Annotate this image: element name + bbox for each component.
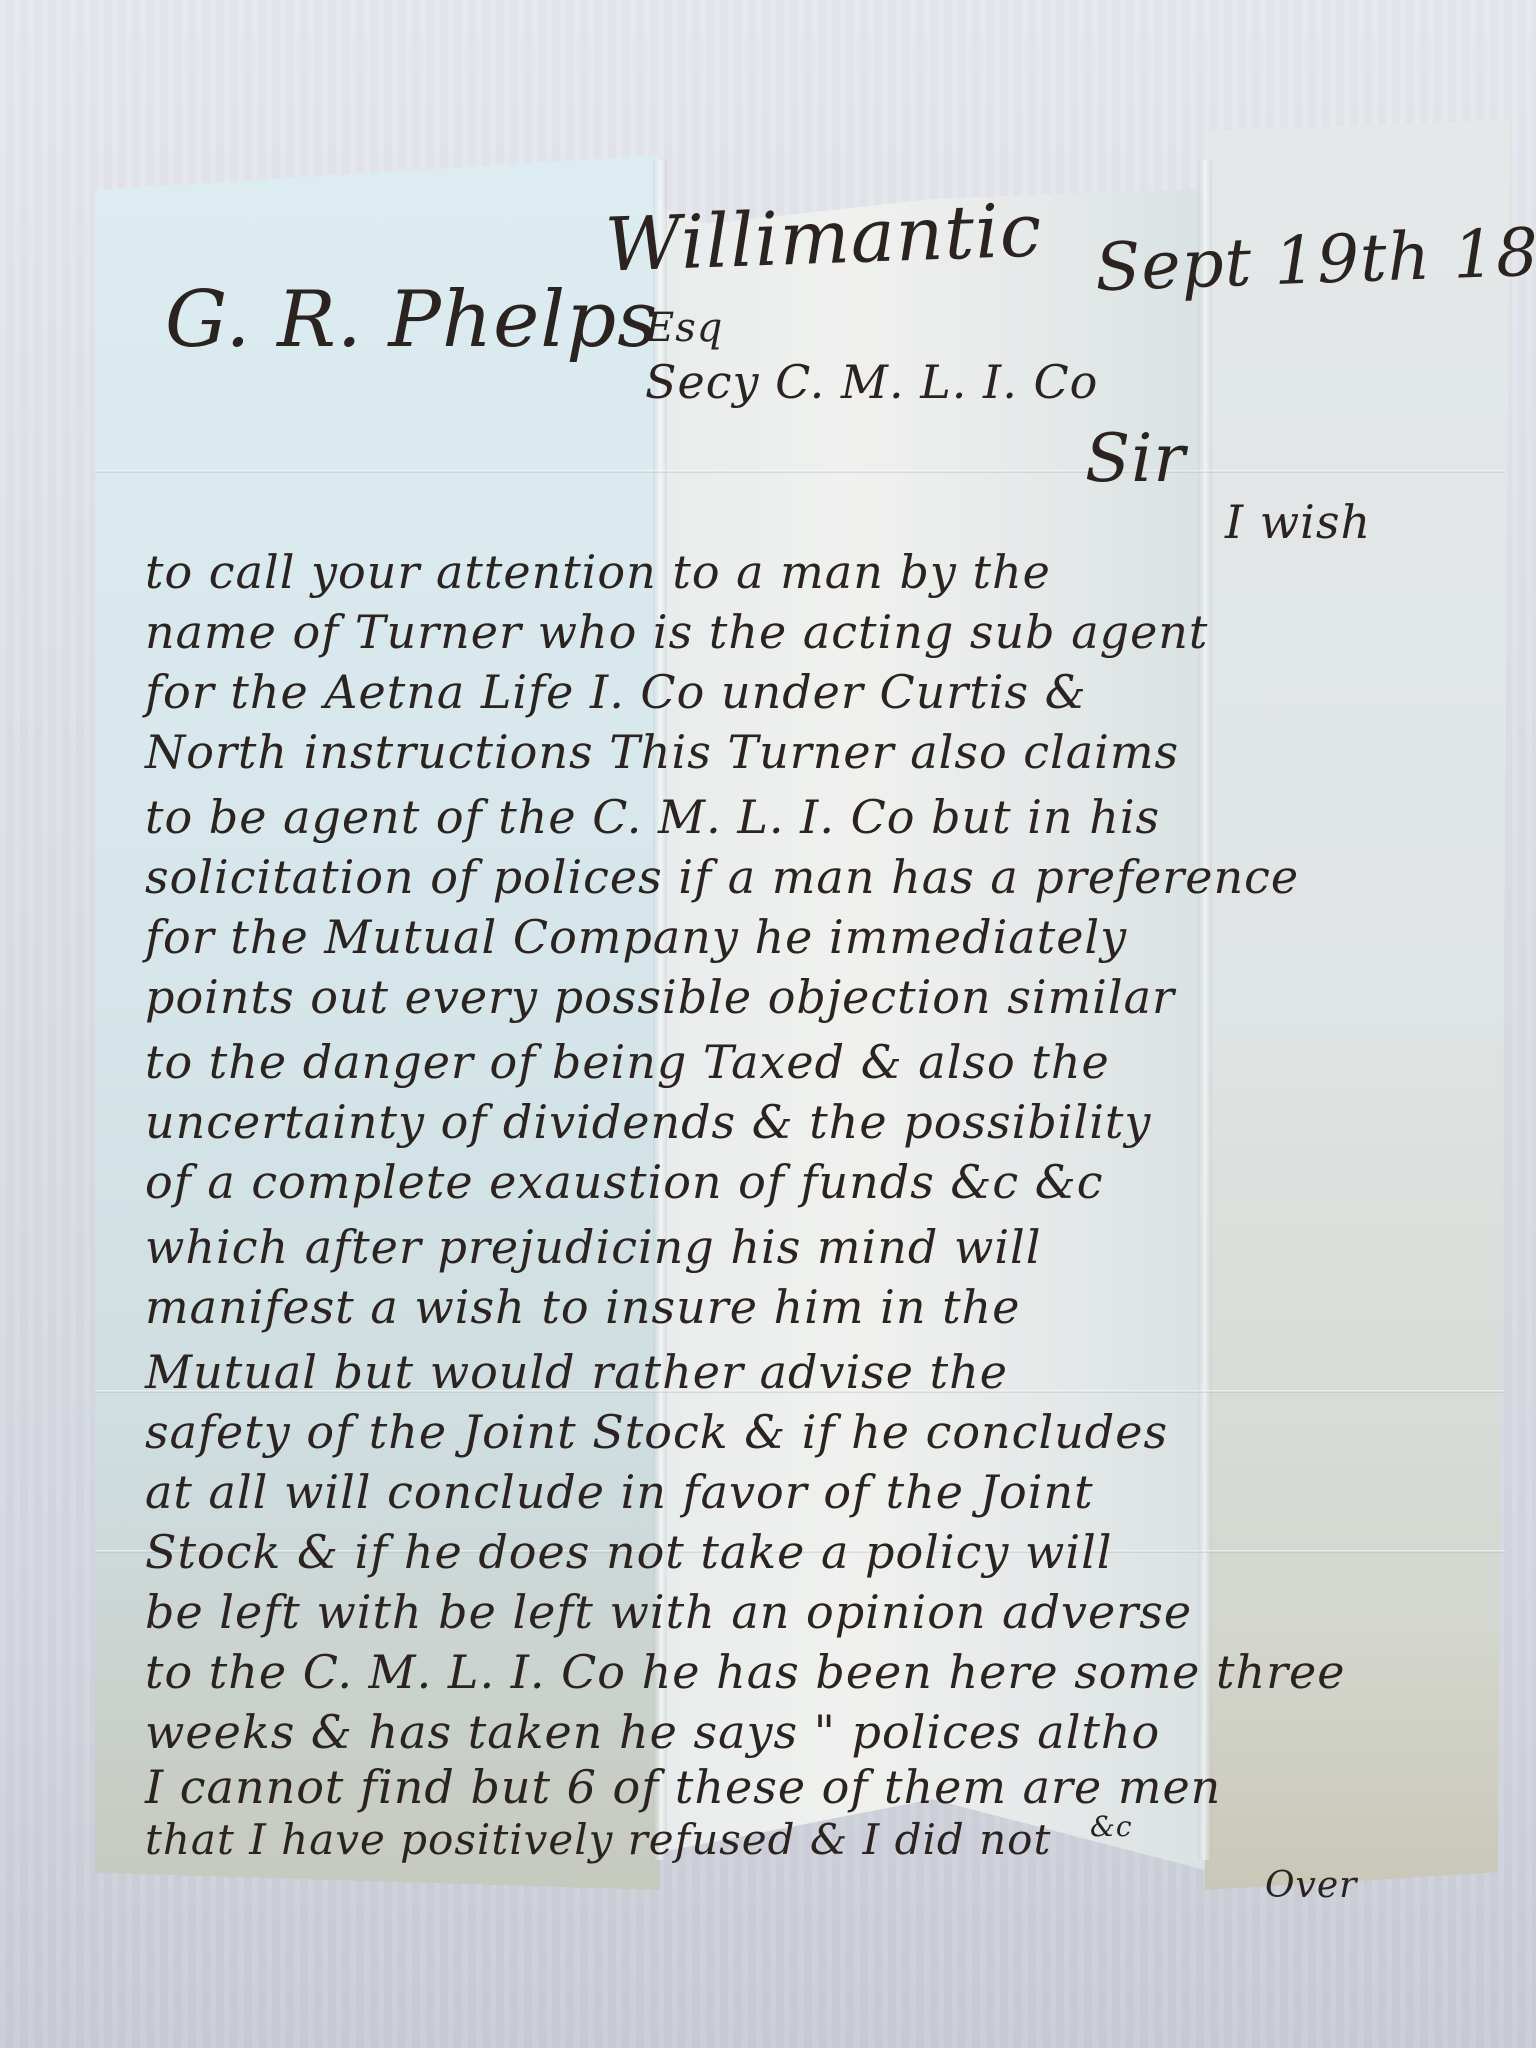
body-line: North instructions This Turner also clai… <box>145 725 1179 779</box>
addressee-name: G. R. Phelps <box>165 275 658 365</box>
body-line: uncertainty of dividends & the possibili… <box>145 1095 1151 1149</box>
fold-crease-vertical-right <box>1198 160 1212 1860</box>
body-line: be left with be left with an opinion adv… <box>145 1585 1192 1639</box>
body-line: that I have positively refused & I did n… <box>145 1815 1051 1864</box>
body-line: to call your attention to a man by the <box>145 545 1051 599</box>
body-line: to the C. M. L. I. Co he has been here s… <box>145 1645 1346 1699</box>
body-line: at all will conclude in favor of the Joi… <box>145 1465 1094 1519</box>
body-line: of a complete exaustion of funds &c &c <box>145 1155 1103 1209</box>
letter-panel-right <box>1205 120 1510 1890</box>
body-line: manifest a wish to insure him in the <box>145 1280 1020 1334</box>
body-line: safety of the Joint Stock & if he conclu… <box>145 1405 1168 1459</box>
addressee-title: Secy C. M. L. I. Co <box>645 355 1098 409</box>
body-line: Stock & if he does not take a policy wil… <box>145 1525 1113 1579</box>
body-line: to be agent of the C. M. L. I. Co but in… <box>145 790 1160 844</box>
body-line: name of Turner who is the acting sub age… <box>145 605 1208 659</box>
folded-letter: Willimantic Sept 19th 1859 G. R. Phelps … <box>85 100 1485 1860</box>
body-line: to the danger of being Taxed & also the <box>145 1035 1110 1089</box>
body-line: for the Mutual Company he immediately <box>145 910 1127 964</box>
fold-crease-horizontal-1 <box>95 470 1505 473</box>
body-line: I cannot find but 6 of these of them are… <box>145 1760 1221 1814</box>
letter-place: Willimantic <box>604 187 1044 288</box>
continuation-note: Over <box>1265 1865 1357 1906</box>
addressee-esq: Esq <box>645 305 723 351</box>
body-line: solicitation of polices if a man has a p… <box>145 850 1299 904</box>
body-line: for the Aetna Life I. Co under Curtis & <box>145 665 1087 719</box>
body-line: points out every possible objection simi… <box>145 970 1175 1024</box>
salutation: Sir <box>1085 420 1186 497</box>
marginal-mark: &c <box>1090 1810 1133 1843</box>
body-line: which after prejudicing his mind will <box>145 1220 1041 1274</box>
body-line: weeks & has taken he says " polices alth… <box>145 1705 1160 1759</box>
body-line: Mutual but would rather advise the <box>145 1345 1008 1399</box>
body-line: I wish <box>1225 495 1371 549</box>
